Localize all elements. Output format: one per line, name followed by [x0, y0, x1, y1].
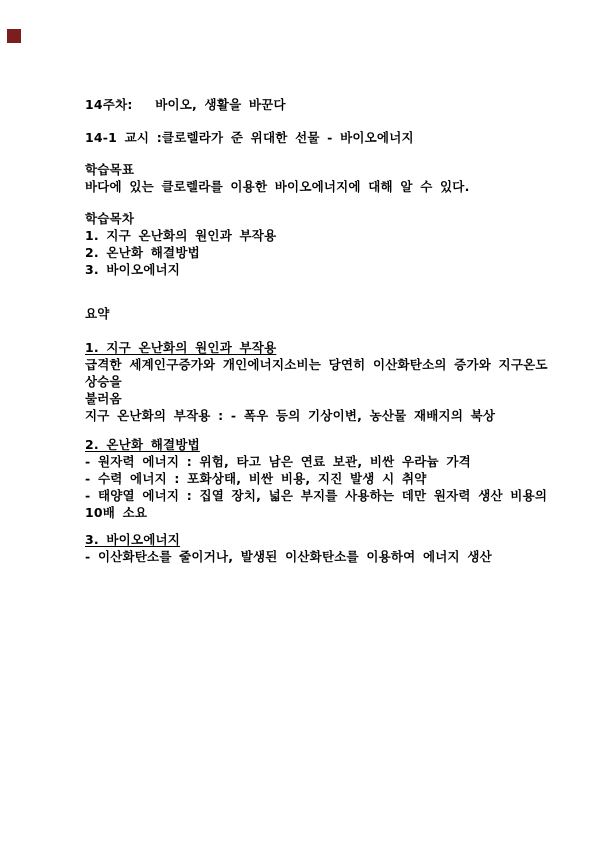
summary-section-heading: 2. 온난화 해결방법	[85, 436, 563, 453]
summary-heading: 요약	[85, 305, 563, 322]
summary-section-line: - 이산화탄소를 줄이거나, 발생된 이산화탄소를 이용하여 에너지 생산	[85, 548, 563, 565]
summary-section-line: - 원자력 에너지 : 위험, 타고 남은 연료 보관, 비싼 우라늄 가격	[85, 453, 563, 470]
document-content: 14주차: 바이오, 생활을 바꾼다 14-1 교시 :클로렐라가 준 위대한 …	[85, 0, 563, 565]
summary-section-line: - 수력 에너지 : 포화상태, 비싼 비용, 지진 발생 시 취약	[85, 470, 563, 487]
corner-marker	[7, 29, 21, 43]
document-page: 14주차: 바이오, 생활을 바꾼다 14-1 교시 :클로렐라가 준 위대한 …	[0, 0, 595, 841]
summary-section-line: - 태양열 에너지 : 집열 장치, 넓은 부지를 사용하는 데만 원자력 생산…	[85, 487, 563, 521]
summary-section-line: 급격한 세계인구증가와 개인에너지소비는 당연히 이산화탄소의 증가와 지구온도…	[85, 356, 563, 390]
doc-title: 14주차: 바이오, 생활을 바꾼다	[85, 96, 563, 113]
summary-section-heading: 1. 지구 온난화의 원인과 부작용	[85, 339, 563, 356]
toc-item: 2. 온난화 해결방법	[85, 244, 563, 261]
doc-subtitle: 14-1 교시 :클로렐라가 준 위대한 선물 - 바이오에너지	[85, 129, 563, 146]
objective-line: 바다에 있는 클로렐라를 이용한 바이오에너지에 대해 알 수 있다.	[85, 178, 563, 195]
summary-section-line: 불러옴	[85, 390, 563, 407]
toc-item: 1. 지구 온난화의 원인과 부작용	[85, 227, 563, 244]
toc-item: 3. 바이오에너지	[85, 261, 563, 278]
summary-section-heading: 3. 바이오에너지	[85, 531, 563, 548]
summary-section-line: 지구 온난화의 부작용 : - 폭우 등의 기상이변, 농산물 재배지의 북상	[85, 407, 563, 424]
objective-heading: 학습목표	[85, 161, 563, 178]
toc-heading: 학습목차	[85, 210, 563, 227]
